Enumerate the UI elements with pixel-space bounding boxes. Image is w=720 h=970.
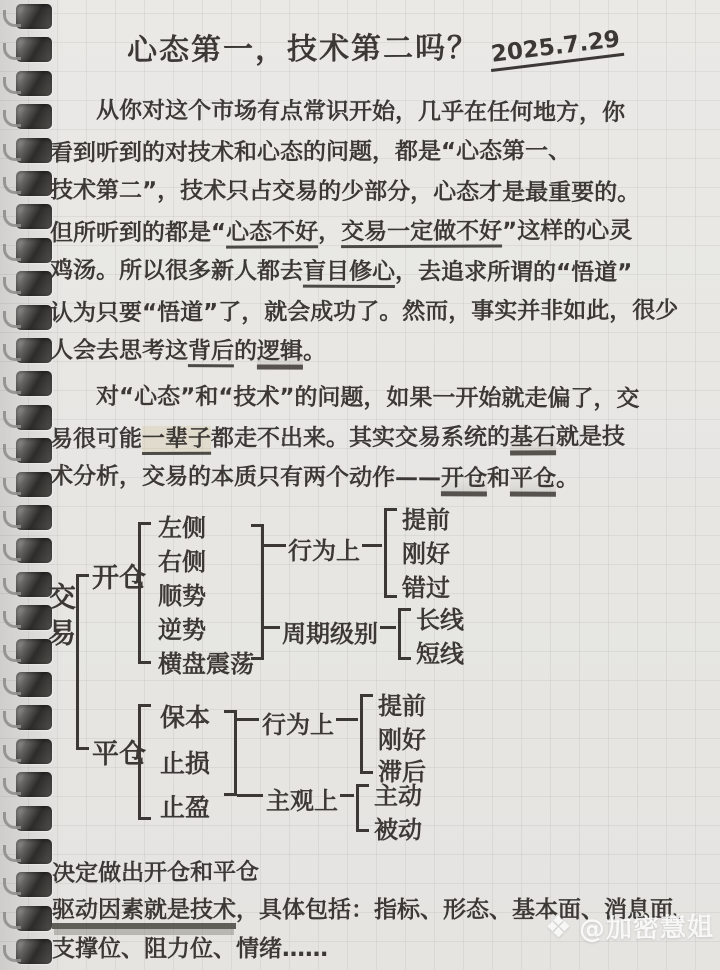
diagram-open-child: 逆势 bbox=[158, 610, 206, 645]
diagram-root-label: 交易 bbox=[40, 582, 80, 654]
note-line: 人会去思考这背后的逻辑。 bbox=[50, 331, 714, 374]
diamond-logo-icon: ❖ bbox=[545, 913, 572, 943]
spiral-hole bbox=[16, 472, 52, 497]
spiral-hole bbox=[16, 104, 52, 129]
bracket bbox=[138, 522, 151, 664]
note-text: 和 bbox=[487, 465, 510, 491]
spiral-hole bbox=[16, 238, 52, 263]
note-text: 。 bbox=[556, 466, 579, 492]
note-line: 对“心态”和“技术”的问题，如果一开始就走偏了，交 bbox=[50, 377, 714, 420]
diagram-subjective-item: 主动 bbox=[374, 776, 422, 811]
note-text: ，去追求所谓的“悟道” bbox=[395, 259, 632, 286]
note-text: 易很可能 bbox=[50, 426, 142, 452]
diagram-open-child: 右侧 bbox=[158, 542, 206, 577]
note-line: 技术第二”，技术只占交易的少部分，心态才是最重要的。 bbox=[50, 171, 714, 214]
diagram-open-child: 顺势 bbox=[158, 576, 206, 611]
spiral-hole bbox=[16, 71, 52, 96]
spiral-hole bbox=[16, 338, 52, 363]
note-line: 认为只要“悟道”了，就会成功了。然而，事实并非如此，很少 bbox=[50, 291, 714, 334]
spiral-hole bbox=[16, 438, 52, 463]
diagram-behavior-item: 提前 bbox=[378, 686, 426, 721]
underlined-phrase: 心态不好 bbox=[226, 219, 318, 248]
note-text: 认为只要“悟道”了，就会成功了。然而，事实并非如此，很少 bbox=[50, 298, 678, 327]
connector-line bbox=[362, 544, 382, 547]
diagram-cycle-item: 长线 bbox=[416, 600, 464, 635]
paragraph-2: 对“心态”和“技术”的问题，如果一开始就走偏了，交 易很可能一辈子都走不出来。其… bbox=[50, 378, 714, 498]
spiral-hole bbox=[16, 204, 52, 229]
underlined-phrase: 背后 bbox=[188, 338, 234, 367]
diagram-behavior-item: 错过 bbox=[402, 568, 450, 603]
spiral-hole bbox=[16, 171, 52, 196]
connector-line bbox=[340, 794, 354, 797]
note-line: 从你对这个市场有点常识开始，几乎在任何地方，你 bbox=[50, 91, 714, 134]
note-text: 对“心态”和“技术”的问题，如果一开始就走偏了，交 bbox=[96, 384, 640, 412]
connector-line bbox=[237, 718, 259, 721]
note-text: ”这样的心灵 bbox=[502, 218, 632, 245]
spiral-hole bbox=[16, 405, 52, 430]
spiral-hole bbox=[16, 305, 52, 330]
page-title: 心态第一，技术第二吗？ bbox=[127, 23, 479, 69]
diagram-open-child: 横盘震荡 bbox=[158, 644, 254, 679]
notebook-page: 心态第一，技术第二吗？ 2025.7.29 从你对这个市场有点常识开始，几乎在任… bbox=[0, 0, 720, 970]
note-text: 术分析，交易的本质只有两个动作—— bbox=[50, 464, 441, 492]
bracket bbox=[384, 508, 397, 598]
paragraph-1: 从你对这个市场有点常识开始，几乎在任何地方，你 看到听到的对技术和心态的问题，都… bbox=[50, 92, 714, 372]
underlined-phrase: 一辈子 bbox=[142, 426, 211, 455]
note-text: 鸡汤。所以很多新人都去 bbox=[50, 258, 303, 285]
diagram-behavior-item: 刚好 bbox=[378, 720, 426, 755]
spiral-hole bbox=[16, 371, 52, 396]
diagram-behavior-label: 行为上 bbox=[288, 531, 360, 566]
note-text: 。 bbox=[303, 339, 326, 365]
underlined-phrase: 逻辑 bbox=[257, 338, 303, 369]
note-date: 2025.7.29 bbox=[488, 26, 624, 72]
diagram-close-child: 止损 bbox=[160, 744, 210, 780]
diagram-subjective-item: 被动 bbox=[374, 810, 422, 845]
note-text: 的 bbox=[234, 338, 257, 364]
bracket bbox=[251, 524, 264, 660]
spiral-hole bbox=[16, 271, 52, 296]
bracket bbox=[138, 704, 151, 820]
bracket bbox=[360, 694, 373, 774]
note-line: 易很可能一辈子都走不出来。其实交易系统的基石就是技 bbox=[50, 417, 714, 460]
note-text: 看到听到的对技术和心态的问题，都是“心态第一、 bbox=[50, 138, 571, 166]
bracket bbox=[356, 784, 369, 832]
diagram-subjective-label: 主观上 bbox=[266, 781, 338, 816]
connector-line bbox=[237, 794, 263, 797]
underlined-phrase: 平仓 bbox=[510, 466, 556, 497]
note-text: 都走不出来。其实交易系统的 bbox=[211, 424, 510, 451]
connector-line bbox=[336, 718, 358, 721]
title-row: 心态第一，技术第二吗？ 2025.7.29 bbox=[0, 24, 720, 68]
underlined-phrase: 交易一定做不好 bbox=[341, 218, 502, 248]
underlined-phrase: 盲目修心 bbox=[303, 259, 395, 288]
diagram-close-child: 保本 bbox=[160, 698, 210, 734]
note-text: ， bbox=[318, 219, 341, 245]
underlined-phrase: 驱动因素就是技术 bbox=[52, 897, 236, 929]
note-line: 但所听到的都是“心态不好，交易一定做不好”这样的心灵 bbox=[50, 211, 714, 254]
note-line: 鸡汤。所以很多新人都去盲目修心，去追求所谓的“悟道” bbox=[50, 251, 714, 294]
watermark: ❖ @加密慧姐 bbox=[545, 907, 715, 947]
note-text: 就是技 bbox=[556, 424, 625, 450]
spiral-hole bbox=[16, 939, 52, 964]
bracket bbox=[224, 710, 237, 796]
trading-tree-diagram: 交易 开仓 左侧 右侧 顺势 逆势 横盘震荡 行为上 提前 刚好 错过 周期级别… bbox=[0, 498, 720, 858]
diagram-close-child: 止盈 bbox=[160, 788, 210, 824]
note-text: 人会去思考这 bbox=[50, 338, 188, 365]
spiral-hole bbox=[16, 138, 52, 163]
diagram-behavior-item: 刚好 bbox=[402, 534, 450, 569]
diagram-cycle-item: 短线 bbox=[416, 634, 464, 669]
diagram-behavior-label: 行为上 bbox=[262, 705, 334, 740]
note-line: 看到听到的对技术和心态的问题，都是“心态第一、 bbox=[50, 131, 714, 174]
diagram-cycle-label: 周期级别 bbox=[282, 614, 378, 649]
connector-line bbox=[380, 626, 396, 629]
diagram-behavior-item: 提前 bbox=[402, 500, 450, 535]
note-text: 支撑位、阻力位、情绪…… bbox=[52, 936, 328, 962]
underlined-phrase: 基石 bbox=[510, 424, 556, 455]
bracket bbox=[76, 574, 89, 750]
note-line: 决定做出开仓和平仓 bbox=[52, 849, 716, 894]
note-text: 但所听到的都是“ bbox=[50, 220, 226, 247]
connector-line bbox=[264, 626, 280, 629]
bracket bbox=[398, 608, 411, 660]
diagram-open-child: 左侧 bbox=[158, 508, 206, 543]
underlined-phrase: 开仓 bbox=[441, 465, 487, 496]
spiral-hole bbox=[16, 906, 52, 931]
connector-line bbox=[264, 544, 286, 547]
note-line: 术分析，交易的本质只有两个动作——开仓和平仓。 bbox=[50, 457, 714, 500]
note-text: 从你对这个市场有点常识开始，几乎在任何地方，你 bbox=[96, 98, 625, 126]
spiral-hole bbox=[16, 872, 52, 897]
note-text: 技术第二”，技术只占交易的少部分，心态才是最重要的。 bbox=[50, 178, 640, 207]
note-text: 决定做出开仓和平仓 bbox=[52, 859, 259, 887]
watermark-handle: @加密慧姐 bbox=[579, 907, 715, 946]
